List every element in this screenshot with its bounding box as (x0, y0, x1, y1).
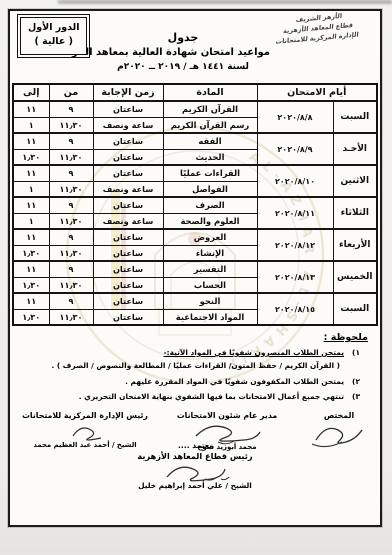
round-label-box: الدور الأول ( عالية ) (20, 17, 87, 55)
duration-cell: ساعتان (93, 149, 163, 165)
from-cell: ٩ (49, 165, 93, 181)
round-label-line2: ( عالية ) (28, 35, 79, 49)
to-cell: ١١ (13, 261, 49, 277)
subject-cell: الإنشاء (163, 245, 257, 261)
duration-cell: ساعة ونصف (93, 117, 163, 133)
date-cell: ٢٠٢٠/٨/٩ (257, 133, 333, 165)
note-subtext: ( القرآن الكريم / حفظ المتون/ القراءات ع… (20, 360, 344, 371)
table-row: الأربعاء ٢٠٢٠/٨/١٢ العروض ساعتان ٩ ١١ (13, 229, 377, 245)
header-to: إلى (13, 84, 49, 101)
from-cell: ١١٫٣٠ (49, 277, 93, 293)
to-cell: ١١ (13, 165, 49, 181)
duration-cell: ساعتان (93, 293, 163, 309)
notes-heading: ملحوظة : (20, 332, 368, 343)
from-cell: ١١٫٣٠ (49, 309, 93, 325)
note-item-3: ٣) تنتهي جميع أعمال الامتحانات بما فيها … (20, 391, 368, 402)
note-item-2: ٢) يمتحن الطلاب المكفوفون شفويًا في المو… (20, 376, 368, 387)
date-cell: ٢٠٢٠/٨/١١ (257, 197, 333, 229)
notes-section: ملحوظة : ١) يمتحن الطلاب المبصرون شفويًا… (10, 326, 380, 402)
note-text: تنتهي جميع أعمال الامتحانات بما فيها الش… (20, 391, 344, 402)
from-cell: ١١٫٣٠ (49, 149, 93, 165)
duration-cell: ساعتان (93, 261, 163, 277)
from-cell: ١١٫٣٠ (49, 181, 93, 197)
from-cell: ٩ (49, 101, 93, 117)
table-row: الثلاثاء ٢٠٢٠/٨/١١ الصرف ساعتان ٩ ١١ (13, 197, 377, 213)
day-cell: الخميس (333, 261, 377, 293)
note-text: يمتحن الطلاب المكفوفون شفويًا في المواد … (20, 376, 344, 387)
table-row: الخميس ٢٠٢٠/٨/١٣ التفسير ساعتان ٩ ١١ (13, 261, 377, 277)
header-duration: زمن الإجابة (93, 84, 163, 101)
approval-block: يعتمد .... رئيس قطاع المعاهد الأزهرية ال… (10, 441, 380, 490)
subject-cell: التفسير (163, 261, 257, 277)
to-cell: ١١ (13, 133, 49, 149)
from-cell: ١١٫٣٠ (49, 117, 93, 133)
date-cell: ٢٠٢٠/٨/١٣ (257, 261, 333, 293)
header-subject: المادة (163, 84, 257, 101)
title-block: جدول مواعيد امتحان شهادة العالية بمعاهد … (96, 31, 270, 72)
date-cell: ٢٠٢٠/٨/١٠ (257, 165, 333, 197)
page-year-line: لسنة ١٤٤١ هـ / ٢٠١٩ ــ ٢٠٢٠م (96, 62, 270, 72)
subject-cell: الفقه (163, 133, 257, 149)
document-sheet: AL-AZHAR AL-SHARIF الأزهر الشريف قطاع ال… (8, 9, 382, 527)
to-cell: ١٫٣٠ (13, 277, 49, 293)
day-cell: الثلاثاء (333, 197, 377, 229)
note-marker: ١) (344, 347, 368, 371)
to-cell: ١١ (13, 197, 49, 213)
duration-cell: ساعتان (93, 165, 163, 181)
round-label-line1: الدور الأول (28, 21, 79, 35)
from-cell: ٩ (49, 197, 93, 213)
exam-schedule-table: أيام الامتحان المادة زمن الإجابة من إلى … (12, 83, 378, 326)
day-cell: السبت (333, 101, 377, 133)
note-marker: ٣) (344, 391, 368, 402)
day-cell: الاثنين (333, 165, 377, 197)
to-cell: ١ (13, 213, 49, 229)
duration-cell: ساعتان (93, 277, 163, 293)
subject-cell: العلوم والصحة (163, 213, 257, 229)
subject-cell: القراءات عمليًا (163, 165, 257, 181)
subject-cell: الفواصل (163, 181, 257, 197)
from-cell: ١١٫٣٠ (49, 213, 93, 229)
head-central-title: رئيس الإدارة المركزية للامتحانات (20, 411, 150, 420)
day-cell: الأحـد (333, 133, 377, 165)
day-cell: الأربعاء (333, 229, 377, 261)
to-cell: ١١ (13, 293, 49, 309)
from-cell: ٩ (49, 261, 93, 277)
duration-cell: ساعتان (93, 245, 163, 261)
table-row: السبت ٢٠٢٠/٨/٨ القرآن الكريم ساعتان ٩ ١١ (13, 101, 377, 117)
header-from: من (49, 84, 93, 101)
subject-cell: المواد الاجتماعية (163, 309, 257, 325)
to-cell: ١٫٣٠ (13, 309, 49, 325)
to-cell: ١١ (13, 229, 49, 245)
duration-cell: ساعة ونصف (93, 181, 163, 197)
header: الأزهر الشريف قطاع المعاهد الأزهرية الإد… (10, 11, 380, 81)
approve-word: يعتمد .... (10, 441, 380, 450)
date-cell: ٢٠٢٠/٨/٨ (257, 101, 333, 133)
table-row: الاثنين ٢٠٢٠/٨/١٠ القراءات عمليًا ساعتان… (13, 165, 377, 181)
date-cell: ٢٠٢٠/٨/١٢ (257, 229, 333, 261)
to-cell: ١ (13, 181, 49, 197)
duration-cell: ساعتان (93, 197, 163, 213)
page-subtitle: مواعيد امتحان شهادة العالية بمعاهد القرا… (96, 47, 270, 58)
duration-cell: ساعتان (93, 229, 163, 245)
subject-cell: النحو (163, 293, 257, 309)
date-cell: ٢٠٢٠/٨/١٥ (257, 293, 333, 325)
duration-cell: ساعتان (93, 101, 163, 117)
from-cell: ٩ (49, 133, 93, 149)
day-cell: السبت (333, 293, 377, 325)
duration-cell: ساعتان (93, 309, 163, 325)
subject-cell: الصرف (163, 197, 257, 213)
from-cell: ٩ (49, 229, 93, 245)
subject-cell: العروض (163, 229, 257, 245)
scanned-page: AL-AZHAR AL-SHARIF الأزهر الشريف قطاع ال… (0, 0, 392, 555)
duration-cell: ساعة ونصف (93, 213, 163, 229)
note-marker: ٢) (344, 376, 368, 387)
header-days: أيام الامتحان (257, 84, 377, 101)
specialist-title: المختص (304, 411, 374, 420)
page-title: جدول (96, 31, 270, 44)
to-cell: ١ (13, 117, 49, 133)
to-cell: ١٫٣٠ (13, 245, 49, 261)
subject-cell: رسم القرآن الكريم (163, 117, 257, 133)
from-cell: ١١٫٣٠ (49, 245, 93, 261)
table-row: السبت ٢٠٢٠/٨/١٥ النحو ساعتان ٩ ١١ (13, 293, 377, 309)
to-cell: ١٫٣٠ (13, 149, 49, 165)
sector-head-name: الشيخ / علي أحمد إبراهيم خليل (10, 481, 380, 490)
sector-head-title: رئيس قطاع المعاهد الأزهرية (10, 451, 380, 461)
from-cell: ٩ (49, 293, 93, 309)
table-header-row: أيام الامتحان المادة زمن الإجابة من إلى (13, 84, 377, 101)
subject-cell: الحديث (163, 149, 257, 165)
to-cell: ١١ (13, 101, 49, 117)
director-title: مدير عام شئون الامتحانات (168, 411, 286, 420)
table-row: الأحـد ٢٠٢٠/٨/٩ الفقه ساعتان ٩ ١١ (13, 133, 377, 149)
letterhead: الأزهر الشريف قطاع المعاهد الأزهرية الإد… (263, 9, 373, 49)
note-text: يمتحن الطلاب المبصرون شفويًا في المواد ا… (164, 348, 344, 357)
duration-cell: ساعتان (93, 133, 163, 149)
subject-cell: القرآن الكريم (163, 101, 257, 117)
subject-cell: الحساب (163, 277, 257, 293)
note-item-1: ١) يمتحن الطلاب المبصرون شفويًا في الموا… (20, 347, 368, 371)
